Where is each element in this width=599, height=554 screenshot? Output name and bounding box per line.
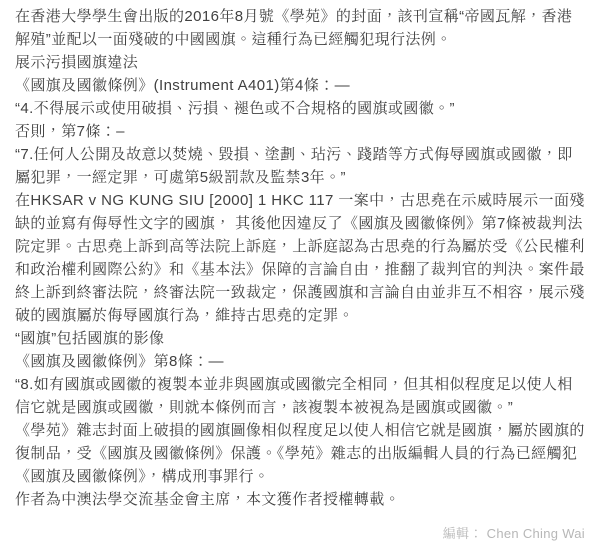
paragraph-ordinance-section-4: 《國旗及國徽條例》(Instrument A401)第4條：— xyxy=(15,74,586,97)
paragraph-quote-section-7: “7.任何人公開及故意以焚燒、毀損、塗劃、玷污、踐踏等方式侮辱國旗或國徽，即屬犯… xyxy=(15,143,586,189)
document-page: { "page": { "background_color": "#ffffff… xyxy=(0,0,599,554)
paragraph-ordinance-section-8: 《國旗及國徽條例》第8條：— xyxy=(15,350,586,373)
paragraph-intro: 在香港大學學生會出版的2016年8月號《學苑》的封面，該刊宣稱“帝國瓦解，香港解… xyxy=(15,5,586,51)
paragraph-author-note: 作者為中澳法學交流基金會主席，本文獲作者授權轉載。 xyxy=(15,488,586,511)
heading-display-defiled-flag-illegal: 展示污損國旗違法 xyxy=(15,51,586,74)
editor-credit-label: 編輯： xyxy=(443,526,483,541)
heading-flag-includes-image: “國旗”包括國旗的影像 xyxy=(15,327,586,350)
paragraph-quote-section-8: “8.如有國旗或國徽的複製本並非與國旗或國徽完全相同，但其相似程度足以使人相信它… xyxy=(15,373,586,419)
paragraph-otherwise-section-7: 否則，第7條：– xyxy=(15,120,586,143)
paragraph-quote-section-4: “4.不得展示或使用破損、污損、褪色或不合規格的國旗或國徽。” xyxy=(15,97,586,120)
paragraph-undergrad-magazine-violation: 《學苑》雜志封面上破損的國旗圖像相似程度足以使人相信它就是國旗，屬於國旗的復制品… xyxy=(15,419,586,488)
paragraph-hksar-case: 在HKSAR v NG KUNG SIU [2000] 1 HKC 117 一案… xyxy=(15,189,586,327)
editor-credit: 編輯：Chen Ching Wai xyxy=(0,511,599,543)
editor-credit-name: Chen Ching Wai xyxy=(487,526,585,541)
article-body: 在香港大學學生會出版的2016年8月號《學苑》的封面，該刊宣稱“帝國瓦解，香港解… xyxy=(0,0,599,511)
